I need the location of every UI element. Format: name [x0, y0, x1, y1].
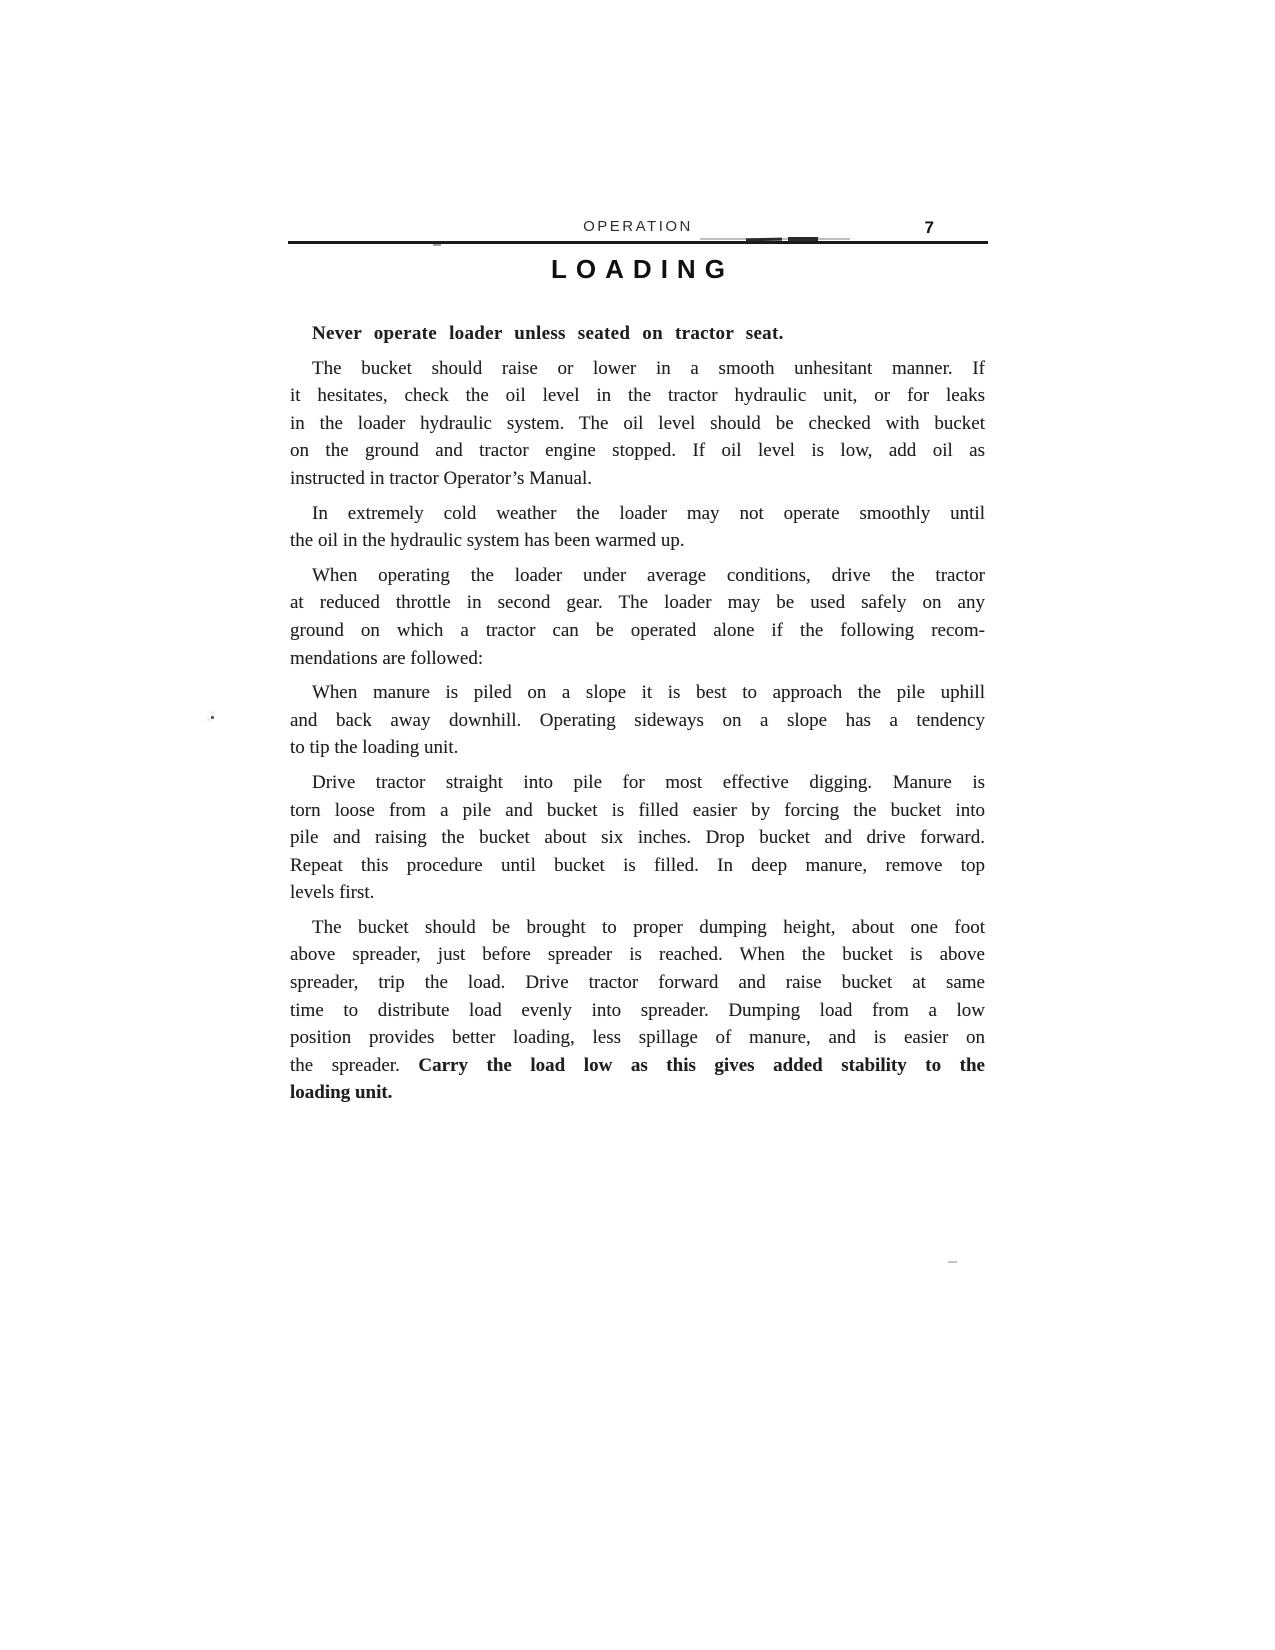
scan-artifact [948, 1261, 957, 1263]
text-line: ground on which a tractor can be operate… [290, 617, 985, 645]
running-header-title: OPERATION [288, 218, 988, 235]
manual-page: OPERATION 7 LOADING Never operate loader… [0, 0, 1275, 1650]
text-line: to tip the loading unit. [290, 734, 985, 762]
text-line: spreader, trip the load. Drive tractor f… [290, 969, 985, 997]
paragraph-2: In extremely cold weather the loader may… [290, 500, 985, 555]
text-line: loading unit. [290, 1079, 985, 1107]
section-title: LOADING [288, 253, 988, 285]
paragraph-6: The bucket should be brought to proper d… [290, 914, 985, 1107]
text-line: When manure is piled on a slope it is be… [290, 679, 985, 707]
text-line: The bucket should raise or lower in a sm… [290, 355, 985, 383]
page-header: OPERATION 7 [288, 204, 988, 244]
text-line: instructed in tractor Operator’s Manual. [290, 465, 985, 493]
text-line: the spreader. Carry the load low as this… [290, 1052, 985, 1080]
paragraph-3: When operating the loader under average … [290, 562, 985, 672]
paragraph-1: The bucket should raise or lower in a sm… [290, 355, 985, 493]
text-line: on the ground and tractor engine stopped… [290, 437, 985, 465]
lead-paragraph: Never operate loader unless seated on tr… [290, 320, 985, 348]
paragraph-4: When manure is piled on a slope it is be… [290, 679, 985, 762]
text-line: When operating the loader under average … [290, 562, 985, 590]
scan-artifact [433, 244, 441, 246]
text-line: above spreader, just before spreader is … [290, 941, 985, 969]
text-line: Drive tractor straight into pile for mos… [290, 769, 985, 797]
text-line: time to distribute load evenly into spre… [290, 997, 985, 1025]
body-text: Never operate loader unless seated on tr… [290, 320, 985, 1107]
paragraph-5: Drive tractor straight into pile for mos… [290, 769, 985, 907]
text-line: it hesitates, check the oil level in the… [290, 382, 985, 410]
text-line: The bucket should be brought to proper d… [290, 914, 985, 942]
text-line: at reduced throttle in second gear. The … [290, 589, 985, 617]
text-line: position provides better loading, less s… [290, 1024, 985, 1052]
text-line: In extremely cold weather the loader may… [290, 500, 985, 528]
scan-artifact [211, 716, 214, 719]
scan-artifact [788, 237, 818, 241]
text-line: pile and raising the bucket about six in… [290, 824, 985, 852]
text-line: mendations are followed: [290, 645, 985, 673]
text-line: levels first. [290, 879, 985, 907]
text-run: the spreader. [290, 1055, 418, 1076]
text-line: the oil in the hydraulic system has been… [290, 527, 985, 555]
scan-artifact [746, 238, 782, 242]
text-line: and back away downhill. Operating sidewa… [290, 707, 985, 735]
bold-text-run: Carry the load low as this gives added s… [418, 1055, 985, 1076]
lead-sentence: Never operate loader unless seated on tr… [290, 320, 985, 348]
page-number: 7 [925, 218, 934, 238]
text-line: torn loose from a pile and bucket is fil… [290, 797, 985, 825]
text-line: Repeat this procedure until bucket is fi… [290, 852, 985, 880]
text-line: in the loader hydraulic system. The oil … [290, 410, 985, 438]
